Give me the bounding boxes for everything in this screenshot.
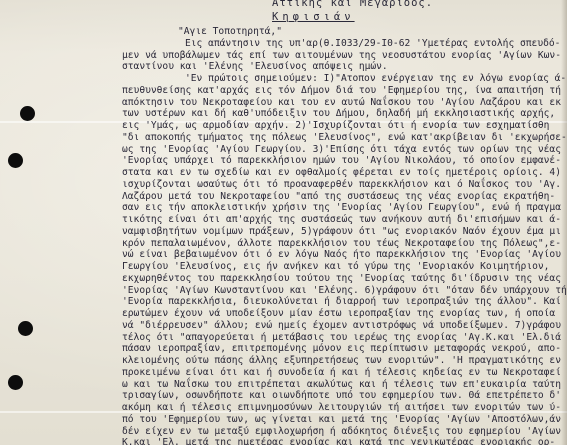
text-line: απόκτησιν του Νεκροταφείου και του εν αυ… xyxy=(122,97,562,109)
text-line: πευθυνθείσης κατ'αρχάς εις τόν Δήμον διά… xyxy=(122,85,562,97)
typewritten-letter-page: Αττικής και Μεγαρίδος. Κηφισιάν "Αγιε Το… xyxy=(0,0,567,445)
text-line: ω και τω Ναΐσκω του επιτρέπεται ακωλύτως… xyxy=(122,379,562,391)
text-line: τικότης είναι ότι απ'αρχής της συστάσεώς… xyxy=(122,214,562,226)
text-line: Γεωργίου 'Ελευσίνος, εις ήν ανήκεν και τ… xyxy=(122,261,562,273)
text-line: κρόν πεπαλαιωμένον, άλλοτε παρεκκλήσιον … xyxy=(122,238,562,250)
text-line: Εις απάντησιν της υπ'αρ(θ.Ι033/29-Ι0-62 … xyxy=(122,38,562,50)
text-line: 'Ενορίας υπάρχει τό παρεκκλήσιον ημών το… xyxy=(122,155,562,167)
text-line: ισχυρίζονται ωσαύτως ότι τό προαναφερθέν… xyxy=(122,179,562,191)
punch-hole xyxy=(18,321,33,336)
letter-body: "Αγιε Τοποτηρητά," Εις απάντησιν της υπ'… xyxy=(122,26,562,445)
recipient-region: Αττικής και Μεγαρίδος. xyxy=(272,0,433,9)
text-line: νώ είναι βεβαιωμένον ότι ό εν λόγω Ναός … xyxy=(122,249,562,261)
text-line: 'Εν πρώτοις σημειούμεν: Ι)"Ατοπον ενέργε… xyxy=(122,73,562,85)
text-line: Κ.και 'Ελ. μετά της ημετέρας ενορίας και… xyxy=(122,437,562,445)
punch-hole xyxy=(8,153,23,168)
recipient-city: Κηφισιάν xyxy=(272,11,355,23)
salutation: "Αγιε Τοποτηρητά," xyxy=(122,26,562,38)
text-line: στατα και εν τω σχεδίω και εν οφθαλμοίς … xyxy=(122,167,562,179)
punch-hole xyxy=(8,375,23,390)
text-line: πό του 'Εφημερίου των, ως γίνεται και με… xyxy=(122,414,562,426)
text-line: κλειομένης ούτω πάσης άλλης εξυπηρετήσεω… xyxy=(122,355,562,367)
text-line: 'Ενορίας 'Αγίων Κωνσταντίνου και 'Ελένης… xyxy=(122,285,562,297)
text-line: 'Ενορία παρεκκλήσια, διευκολύνεται ή δια… xyxy=(122,296,562,308)
text-line: τρισαγίων, οσωνδήποτε και οιωνδήποτε υπό… xyxy=(122,390,562,402)
text-line: ως της 'Ενορίας 'Αγίου Γεωργίου. 3)'Επίσ… xyxy=(122,144,562,156)
text-line: τέλος ότι "απαγορεύεται ή μετάβασις του … xyxy=(122,332,562,344)
text-line: Λαζάρου μετά του Νεκροταφείου "από της σ… xyxy=(122,191,562,203)
text-line: εκχωρηθέντος του παρεκκλησίου τούτου της… xyxy=(122,273,562,285)
text-line: ερωτώμεν έχουν νά υποδείξουν μίαν έστω ι… xyxy=(122,308,562,320)
text-line: ναμφισβητήτων νομίμων πράξεων, 5)γράφουν… xyxy=(122,226,562,238)
text-line: προκειμένω είναι ότι και ή συνοδεία ή κα… xyxy=(122,367,562,379)
text-line: των υστέρων και δή καθ'υπόδειξιν του Δήμ… xyxy=(122,108,562,120)
punch-hole xyxy=(20,106,35,121)
text-line: εις 'Υμάς, ως αρμοδίαν αρχήν. 2)'Ισχυρίζ… xyxy=(122,120,562,132)
text-line: νά "διέρρευσεν" άλλου; ενώ ημείς έχομεν … xyxy=(122,320,562,332)
text-line: ακόμη και ή τέλεσις επιμνημοσύνων λειτου… xyxy=(122,402,562,414)
text-line: μεν νά υποβάλωμεν τάς επί των αιτουμένων… xyxy=(122,50,562,62)
text-line: σταντίνου και 'Ελένης 'Ελευσίνος απόψεις… xyxy=(122,61,562,73)
text-line: "δι αποκοπής τμήματος της πόλεως 'Ελευσί… xyxy=(122,132,562,144)
text-line: σαν εις τήν αποκλειστικήν χρήσιν της 'Εν… xyxy=(122,202,562,214)
text-line: δέν είχεν εν τω μεταξύ εμφιλοχωρήση ή αδ… xyxy=(122,426,562,438)
text-line: πάσαν ιεροπραξίαν, επιτρεπομένης μόνον ε… xyxy=(122,343,562,355)
